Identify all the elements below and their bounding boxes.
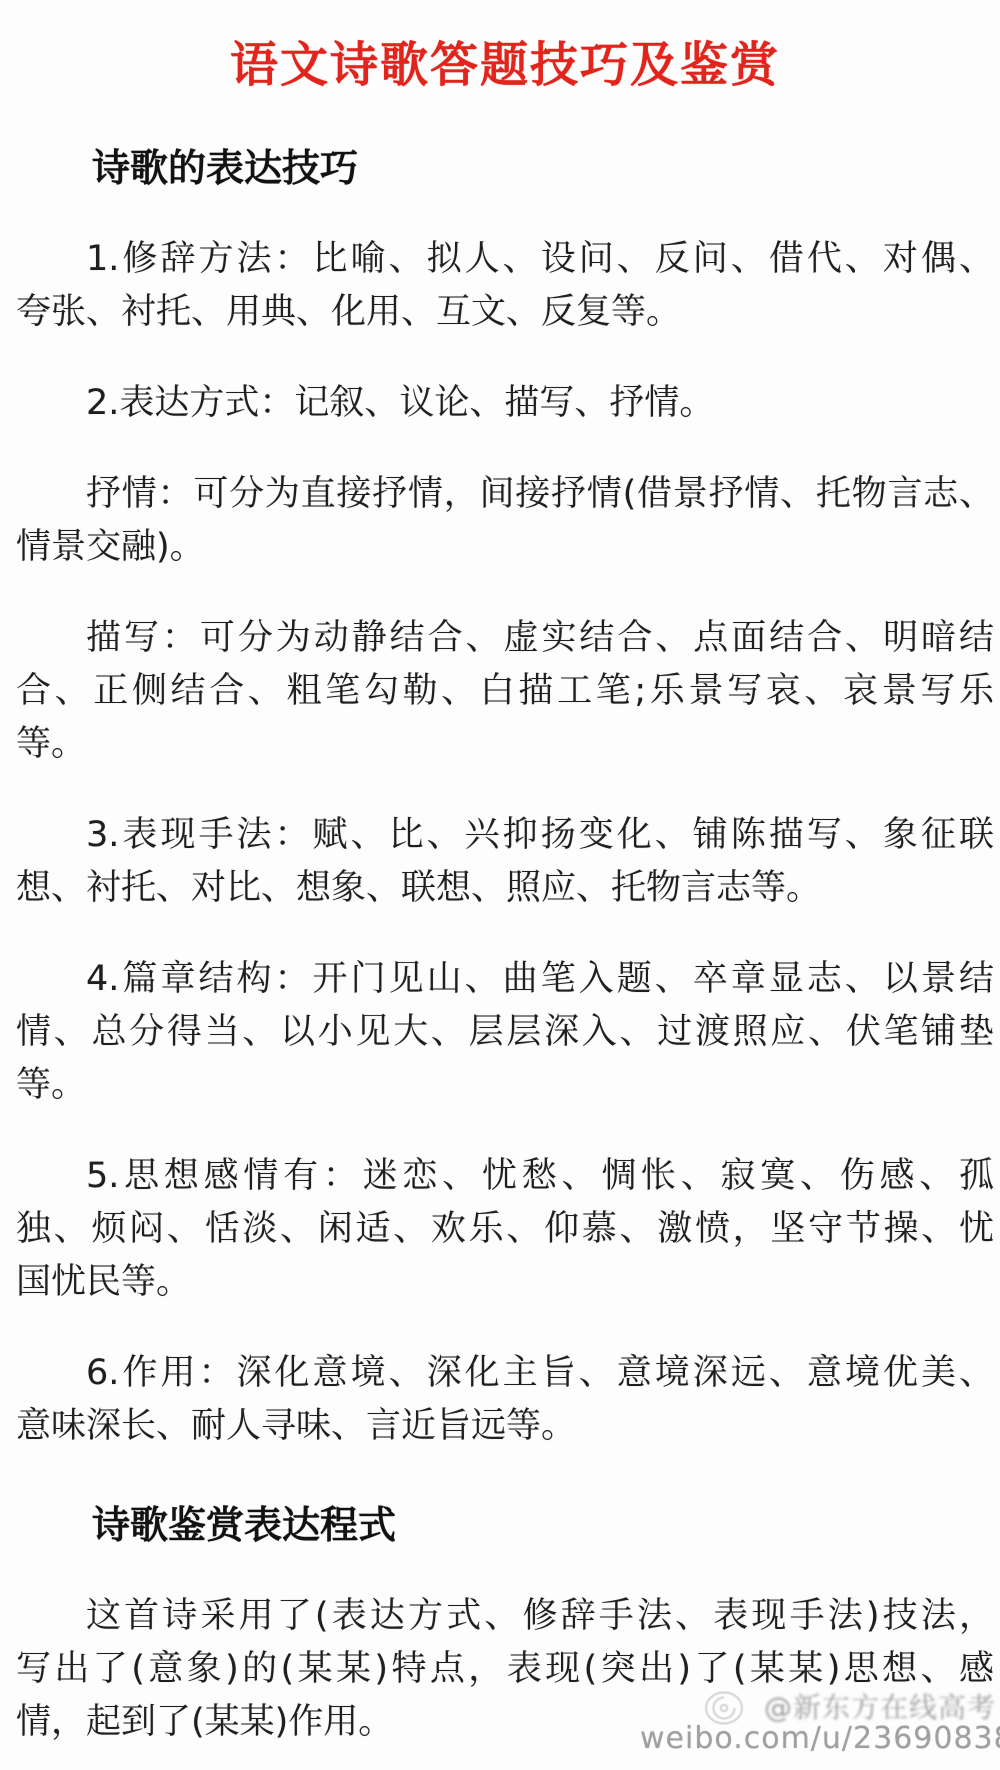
- paragraph-line: 这首诗采用了(表达方式、修辞手法、表现手法)技法，: [16, 1590, 994, 1643]
- paragraph-line: 合、正侧结合、粗笔勾勒、白描工笔;乐景写哀、哀景写乐: [16, 665, 994, 718]
- watermark-weibo-url: weibo.com/u/2369083895: [640, 1722, 1000, 1756]
- paragraph-line: 写出了(意象)的(某某)特点，表现(突出)了(某某)思想、感: [16, 1643, 994, 1696]
- document-body: 语文诗歌答题技巧及鉴赏 诗歌的表达技巧 1.修辞方法：比喻、拟人、设问、反问、借…: [0, 34, 1000, 1749]
- paragraph-line: 情、总分得当、以小见大、层层深入、过渡照应、伏笔铺垫: [16, 1006, 994, 1059]
- paragraph-line: 夸张、衬托、用典、化用、互文、反复等。: [16, 286, 994, 339]
- paragraph-line: 抒情：可分为直接抒情，间接抒情(借景抒情、托物言志、: [16, 468, 994, 521]
- watermark-account-handle: @新东方在线高考: [764, 1692, 996, 1724]
- paragraph-line: 2.表达方式：记叙、议论、描写、抒情。: [16, 377, 994, 430]
- paragraph-line: 1.修辞方法：比喻、拟人、设问、反问、借代、对偶、: [16, 233, 994, 286]
- section-heading-appreciation-formula: 诗歌鉴赏表达程式: [16, 1499, 994, 1552]
- paragraph-emotions: 5.思想感情有：迷恋、忧愁、惆怅、寂寞、伤感、孤 独、烦闷、恬淡、闲适、欢乐、仰…: [16, 1150, 994, 1309]
- paragraph-line: 想、衬托、对比、想象、联想、照应、托物言志等。: [16, 862, 994, 915]
- paragraph-line: 5.思想感情有：迷恋、忧愁、惆怅、寂寞、伤感、孤: [16, 1150, 994, 1203]
- paragraph-line: 意味深长、耐人寻味、言近旨远等。: [16, 1400, 994, 1453]
- heading-text: 诗歌的表达技巧: [16, 142, 994, 195]
- paragraph-line: 3.表现手法：赋、比、兴抑扬变化、铺陈描写、象征联: [16, 809, 994, 862]
- paragraph-line: 6.作用：深化意境、深化主旨、意境深远、意境优美、: [16, 1347, 994, 1400]
- document-title: 语文诗歌答题技巧及鉴赏: [16, 34, 994, 96]
- paragraph-rhetoric: 1.修辞方法：比喻、拟人、设问、反问、借代、对偶、 夸张、衬托、用典、化用、互文…: [16, 233, 994, 339]
- paragraph-structure: 4.篇章结构：开门见山、曲笔入题、卒章显志、以景结 情、总分得当、以小见大、层层…: [16, 953, 994, 1112]
- paragraph-lyricism: 抒情：可分为直接抒情，间接抒情(借景抒情、托物言志、 情景交融)。: [16, 468, 994, 574]
- document-page: 语文诗歌答题技巧及鉴赏 诗歌的表达技巧 1.修辞方法：比喻、拟人、设问、反问、借…: [0, 0, 1000, 1770]
- paragraph-functions: 6.作用：深化意境、深化主旨、意境深远、意境优美、 意味深长、耐人寻味、言近旨远…: [16, 1347, 994, 1453]
- paragraph-line: 描写：可分为动静结合、虚实结合、点面结合、明暗结: [16, 612, 994, 665]
- paragraph-description: 描写：可分为动静结合、虚实结合、点面结合、明暗结 合、正侧结合、粗笔勾勒、白描工…: [16, 612, 994, 771]
- paragraph-performance-methods: 3.表现手法：赋、比、兴抑扬变化、铺陈描写、象征联 想、衬托、对比、想象、联想、…: [16, 809, 994, 915]
- paragraph-expression-modes: 2.表达方式：记叙、议论、描写、抒情。: [16, 377, 994, 430]
- heading-text: 诗歌鉴赏表达程式: [16, 1499, 994, 1552]
- paragraph-line: 独、烦闷、恬淡、闲适、欢乐、仰慕、激愤，坚守节操、忧: [16, 1203, 994, 1256]
- paragraph-line: 国忧民等。: [16, 1256, 994, 1309]
- paragraph-line: 等。: [16, 1059, 994, 1112]
- section-heading-expression-techniques: 诗歌的表达技巧: [16, 142, 994, 195]
- paragraph-line: 4.篇章结构：开门见山、曲笔入题、卒章显志、以景结: [16, 953, 994, 1006]
- paragraph-line: 等。: [16, 718, 994, 771]
- paragraph-line: 情景交融)。: [16, 521, 994, 574]
